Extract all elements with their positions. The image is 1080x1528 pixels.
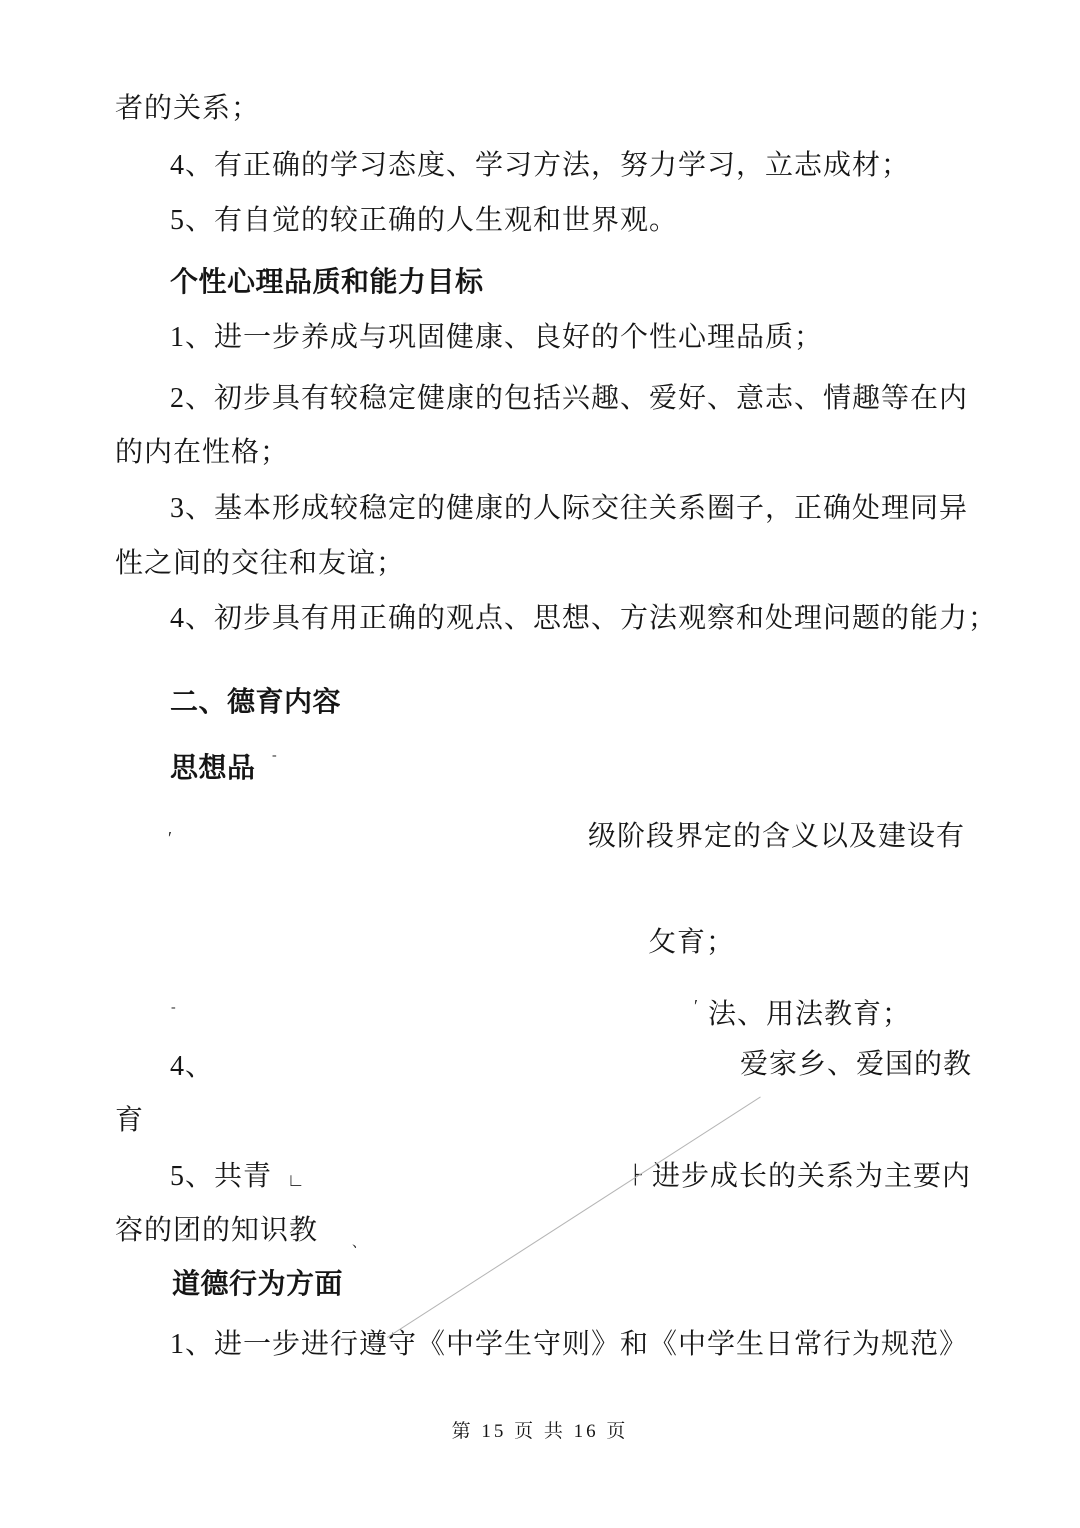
body-line-item-1: 1、进一步进行遵守《中学生守则》和《中学生日常行为规范》 [170, 1328, 968, 1362]
diagonal-artifact-line [387, 1096, 761, 1337]
body-line-partially-obscured: 爱家乡、爱国的教 [740, 1048, 972, 1082]
clipped-glyph-fragment: ′ [168, 828, 172, 849]
body-line-wrap-continuation: 性之间的交往和友谊； [115, 547, 405, 581]
clipped-glyph-fragment: ∟ [287, 1170, 305, 1191]
clipped-glyph-fragment: - [171, 1000, 176, 1016]
body-line-item-2: 2、初步具有较稳定健康的包括兴趣、爱好、意志、情趣等在内 [170, 382, 968, 416]
clipped-glyph-fragment: - [272, 748, 277, 764]
body-line-item-5-partial: 5、共青 [170, 1160, 272, 1194]
body-line-item-4: 4、初步具有用正确的观点、思想、方法观察和处理问题的能力； [170, 602, 997, 636]
section-heading-personality-goals: 个性心理品质和能力目标 [170, 266, 484, 300]
body-line-wrap-continuation: 者的关系； [115, 92, 260, 126]
body-line-item-4: 4、有正确的学习态度、学习方法，努力学习，立志成材； [170, 149, 910, 183]
body-line-wrap-continuation: 育 [115, 1104, 144, 1138]
clipped-glyph-fragment: 、 [352, 1232, 366, 1252]
body-line-item-4-number: 4、 [170, 1050, 214, 1084]
body-line-partially-obscured: 法、用法教育； [708, 998, 911, 1032]
body-line-item-1: 1、进一步养成与巩固健康、良好的个性心理品质； [170, 321, 823, 355]
chapter-heading-moral-education-content: 二、德育内容 [170, 686, 341, 720]
body-line-item-3: 3、基本形成较稳定的健康的人际交往关系圈子，正确处理同异 [170, 492, 968, 526]
clipped-glyph-fragment: ′ [694, 996, 698, 1017]
clipped-glyph-fragment: ′ [244, 750, 248, 771]
section-heading-partially-obscured: 思想品 [170, 752, 256, 786]
page-number-footer: 第 15 页 共 16 页 [0, 1416, 1080, 1443]
document-page: 者的关系； 4、有正确的学习态度、学习方法，努力学习，立志成材； 5、有自觉的较… [0, 0, 1080, 1528]
section-heading-moral-behavior: 道德行为方面 [172, 1268, 343, 1302]
body-line-partially-obscured: 攵育； [648, 926, 735, 960]
body-line-partially-obscured: 级阶段界定的含义以及建设有 [588, 820, 965, 854]
body-line-wrap-continuation: 容的团的知识教 [115, 1214, 318, 1248]
body-line-item-5: 5、有自觉的较正确的人生观和世界观。 [170, 204, 678, 238]
body-line-wrap-continuation: 的内在性格； [115, 436, 289, 470]
body-line-partially-obscured: 进步成长的关系为主要内 [652, 1160, 971, 1194]
